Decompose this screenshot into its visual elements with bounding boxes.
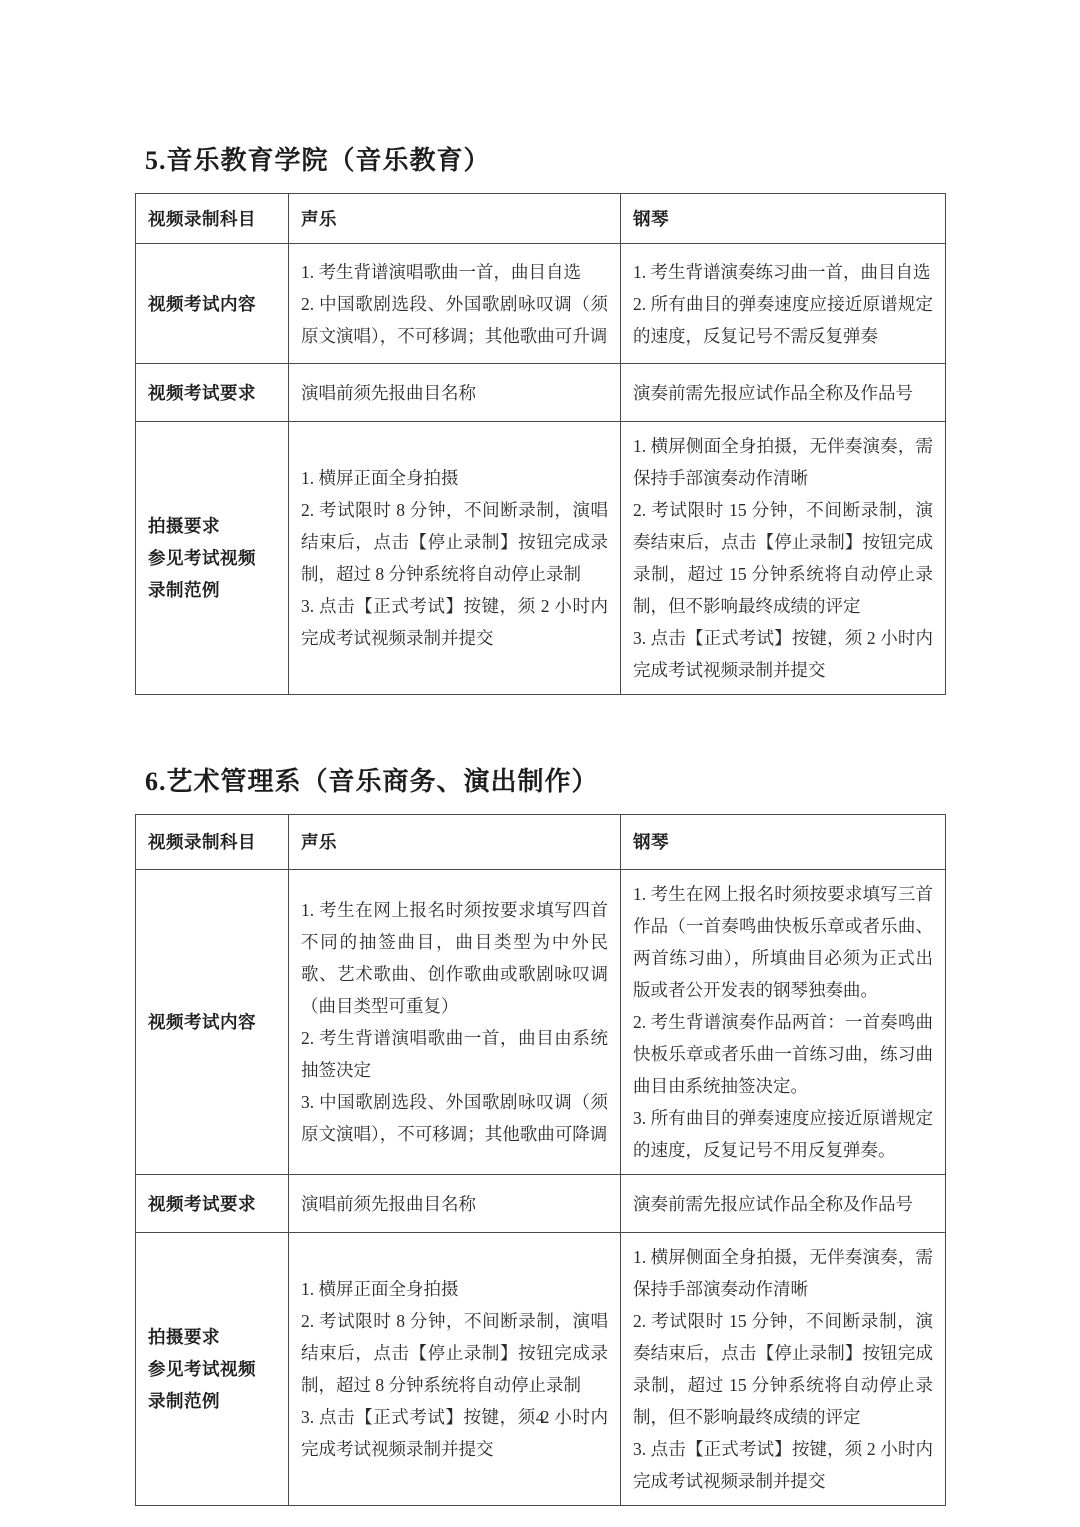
header-piano-cell: 钢琴 (621, 194, 946, 244)
header-vocal-cell: 声乐 (289, 194, 621, 244)
header-vocal-cell: 声乐 (289, 815, 621, 870)
shooting-requirement-piano-cell: 1. 横屏侧面全身拍摄，无伴奏演奏，需保持手部演奏动作清晰 2. 考试限时 15… (621, 1233, 946, 1506)
exam-content-piano-cell: 1. 考生在网上报名时须按要求填写三首作品（一首奏鸣曲快板乐章或者乐曲、两首练习… (621, 870, 946, 1175)
section-6-heading: 6.艺术管理系（音乐商务、演出制作） (135, 761, 945, 798)
row-label-shooting-requirement: 拍摄要求 参见考试视频 录制范例 (136, 1233, 289, 1506)
table-row: 视频录制科目 声乐 钢琴 (136, 194, 946, 244)
row-label-exam-requirement: 视频考试要求 (136, 364, 289, 422)
exam-requirement-piano-cell: 演奏前需先报应试作品全称及作品号 (621, 364, 946, 422)
exam-requirement-vocal-cell: 演唱前须先报曲目名称 (289, 364, 621, 422)
section-5-heading: 5.音乐教育学院（音乐教育） (135, 140, 945, 177)
section-5-table: 视频录制科目 声乐 钢琴 视频考试内容 1. 考生背谱演唱歌曲一首，曲目自选 2… (135, 193, 946, 695)
table-row: 视频考试内容 1. 考生背谱演唱歌曲一首，曲目自选 2. 中国歌剧选段、外国歌剧… (136, 244, 946, 364)
header-subject-cell: 视频录制科目 (136, 194, 289, 244)
shooting-requirement-vocal-cell: 1. 横屏正面全身拍摄 2. 考试限时 8 分钟，不间断录制，演唱结束后，点击【… (289, 422, 621, 695)
table-row: 视频录制科目 声乐 钢琴 (136, 815, 946, 870)
section-6-table: 视频录制科目 声乐 钢琴 视频考试内容 1. 考生在网上报名时须按要求填写四首不… (135, 814, 946, 1506)
exam-content-vocal-cell: 1. 考生在网上报名时须按要求填写四首不同的抽签曲目，曲目类型为中外民歌、艺术歌… (289, 870, 621, 1175)
table-row: 视频考试要求 演唱前须先报曲目名称 演奏前需先报应试作品全称及作品号 (136, 1175, 946, 1233)
document-content: 5.音乐教育学院（音乐教育） 视频录制科目 声乐 钢琴 视频考试内容 1. 考生… (135, 0, 945, 1506)
table-row: 视频考试内容 1. 考生在网上报名时须按要求填写四首不同的抽签曲目，曲目类型为中… (136, 870, 946, 1175)
row-label-exam-requirement: 视频考试要求 (136, 1175, 289, 1233)
table-row: 拍摄要求 参见考试视频 录制范例 1. 横屏正面全身拍摄 2. 考试限时 8 分… (136, 422, 946, 695)
exam-content-piano-cell: 1. 考生背谱演奏练习曲一首，曲目自选 2. 所有曲目的弹奏速度应接近原谱规定的… (621, 244, 946, 364)
row-label-exam-content: 视频考试内容 (136, 870, 289, 1175)
exam-content-vocal-cell: 1. 考生背谱演唱歌曲一首，曲目自选 2. 中国歌剧选段、外国歌剧咏叹调（须原文… (289, 244, 621, 364)
page-number: 4 (0, 1408, 1080, 1428)
shooting-requirement-vocal-cell: 1. 横屏正面全身拍摄 2. 考试限时 8 分钟，不间断录制，演唱结束后，点击【… (289, 1233, 621, 1506)
row-label-exam-content: 视频考试内容 (136, 244, 289, 364)
table-row: 视频考试要求 演唱前须先报曲目名称 演奏前需先报应试作品全称及作品号 (136, 364, 946, 422)
header-piano-cell: 钢琴 (621, 815, 946, 870)
exam-requirement-piano-cell: 演奏前需先报应试作品全称及作品号 (621, 1175, 946, 1233)
row-label-shooting-requirement: 拍摄要求 参见考试视频 录制范例 (136, 422, 289, 695)
header-subject-cell: 视频录制科目 (136, 815, 289, 870)
shooting-requirement-piano-cell: 1. 横屏侧面全身拍摄，无伴奏演奏，需保持手部演奏动作清晰 2. 考试限时 15… (621, 422, 946, 695)
exam-requirement-vocal-cell: 演唱前须先报曲目名称 (289, 1175, 621, 1233)
table-row: 拍摄要求 参见考试视频 录制范例 1. 横屏正面全身拍摄 2. 考试限时 8 分… (136, 1233, 946, 1506)
